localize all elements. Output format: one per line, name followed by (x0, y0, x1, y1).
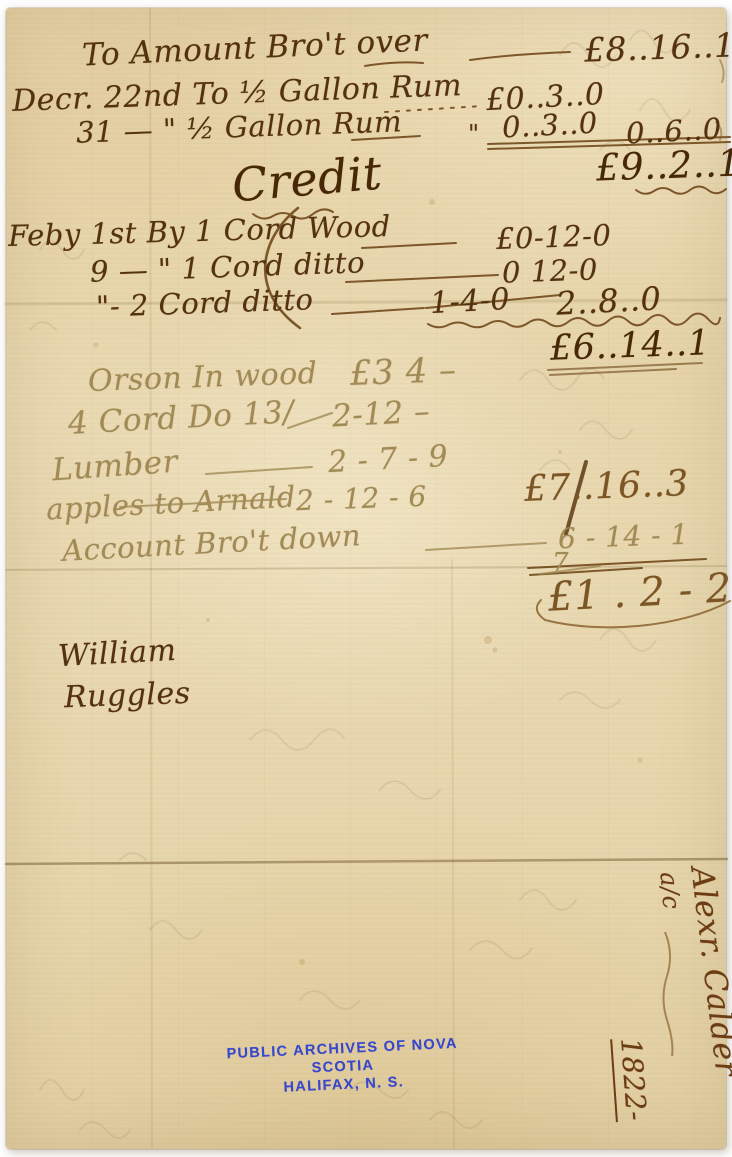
credit-total: £6..14..1 (549, 323, 711, 369)
credit-row2-dash (346, 275, 498, 282)
credit-row1-dash (362, 243, 456, 248)
signature-last-name: Ruggles (63, 676, 191, 715)
memo-row-1-amount: £3 4 – (349, 350, 457, 394)
memo-row5-dash (426, 543, 546, 550)
memo-row-4-amount: 2 - 12 - 6 (295, 480, 427, 518)
memo-row-5-amount: 6 - 14 - 1 (557, 518, 689, 556)
memo-row-2-amount: 2-12 – (331, 393, 431, 434)
memo-row-3-amount: 2 - 7 - 9 (327, 439, 449, 480)
memo-row3-dash (206, 467, 312, 474)
memo-total: £1 . 2 - 2 (547, 565, 732, 621)
debit-total: £9..2..1 (595, 141, 732, 189)
credit-row3-dash (332, 308, 424, 314)
scanned-document: To Amount Bro't over £8..16..1 Decr. 22n… (0, 0, 732, 1157)
docket-annotation: Alexr. Calder a/c 1822- (600, 858, 732, 1150)
credit-row-3-amount2: 2..8..0 (555, 279, 662, 322)
credit-row-1-amount: £0-12-0 (495, 218, 611, 256)
signature-first-name: William (57, 633, 177, 674)
docket-flourish (658, 930, 674, 1060)
docket-name: Alexr. Calder (683, 865, 732, 1079)
debit-row-1-amount: £8..16..1 (583, 25, 732, 69)
memo-row-4-amount2: £7..16..3 (523, 463, 689, 510)
docket-year: 1822- (610, 1037, 653, 1123)
debit-row-3-ditto: " (468, 120, 480, 148)
debit-row-3-amount: 0..3..0 (501, 106, 598, 145)
docket-account-label: a/c (654, 871, 685, 911)
credit-row-3-amount: 1-4-0 (429, 282, 511, 321)
